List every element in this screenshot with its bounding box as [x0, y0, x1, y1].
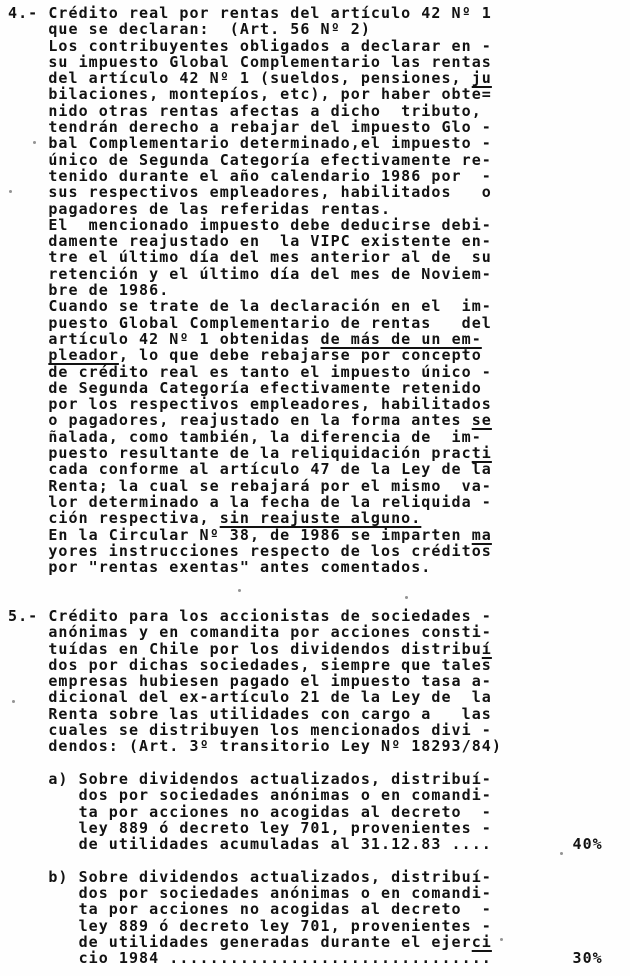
text-line: ley 889 ó decreto ley 701, provenientes … — [8, 918, 603, 934]
text-line: por los respectivos empleadores, habilit… — [8, 396, 603, 412]
text-line: dicional del ex-artículo 21 de la Ley de… — [8, 689, 603, 705]
text-segment: dendos: (Art. 3º transitorio Ley Nº 1829… — [8, 737, 502, 755]
text-line: pagadores de las referidas rentas. — [8, 201, 603, 217]
text-line: ley 889 ó decreto ley 701, provenientes … — [8, 820, 603, 836]
text-line: de utilidades acumuladas al 31.12.83 ...… — [8, 836, 603, 852]
text-segment: retención y el último día del mes de Nov… — [8, 265, 492, 283]
scan-speck — [238, 589, 241, 592]
text-segment: bre de 1986. — [8, 281, 169, 299]
text-segment: dos por dichas sociedades, siempre que t… — [8, 656, 492, 674]
text-line: dos por sociedades anónimas o en comandi… — [8, 885, 603, 901]
scan-speck — [9, 190, 12, 193]
text-line: dos por dichas sociedades, siempre que t… — [8, 657, 603, 673]
text-segment: su impuesto Global Complementario las re… — [8, 53, 492, 71]
text-line: artículo 42 Nº 1 obtenidas de más de un … — [8, 331, 603, 347]
scan-speck — [33, 141, 36, 144]
text-line: tre el último día del mes anterior al de… — [8, 249, 603, 265]
text-segment: yores instrucciones respecto de los créd… — [8, 542, 492, 560]
text-line: 4.- Crédito real por rentas del artículo… — [8, 5, 603, 21]
underlined-text: pleador — [48, 346, 119, 364]
text-segment: Cuando se trate de la declaración en el … — [8, 297, 492, 315]
text-segment: Renta sobre las utilidades con cargo a l… — [8, 705, 492, 723]
text-segment: cio 1984 ...............................… — [8, 949, 603, 967]
text-line: nido otras rentas afectas a dicho tribut… — [8, 103, 603, 119]
text-line: damente reajustado en la VIPC existente … — [8, 233, 603, 249]
text-segment: dos por sociedades anónimas o en comandi… — [8, 786, 492, 804]
text-segment: , lo que debe rebajarse por concepto — [119, 346, 482, 364]
text-line: ñalada, como también, la diferencia de i… — [8, 429, 603, 445]
underlined-text: ju — [472, 69, 492, 87]
text-segment: tenido durante el año calendario 1986 po… — [8, 167, 492, 185]
text-segment: En la Circular Nº 38, de 1986 se imparte… — [8, 526, 472, 544]
text-line: bal Complementario determinado,el impues… — [8, 135, 603, 151]
text-line: tendrán derecho a rebajar del impuesto G… — [8, 119, 603, 135]
text-segment — [8, 346, 48, 364]
text-segment: dicional del ex-artículo 21 de la Ley de… — [8, 688, 492, 706]
text-line: Renta sobre las utilidades con cargo a l… — [8, 706, 603, 722]
text-line: El mencionado impuesto debe deducirse de… — [8, 217, 603, 233]
text-line: lor determinado a la fecha de la reliqui… — [8, 494, 603, 510]
text-segment: cuales se distribuyen los mencionados di… — [8, 721, 492, 739]
text-segment: o pagadores, reajustado en la forma ante… — [8, 411, 472, 429]
text-line: ción respectiva, sin reajuste alguno. — [8, 510, 603, 526]
text-segment: de crédito real es tanto el impuesto úni… — [8, 363, 492, 381]
text-segment: ta por acciones no acogidas al decreto - — [8, 803, 492, 821]
text-line: dendos: (Art. 3º transitorio Ley Nº 1829… — [8, 738, 603, 754]
text-segment: ción respectiva, — [8, 509, 220, 527]
scan-speck — [405, 596, 408, 599]
text-line: por "rentas exentas" antes comentados. — [8, 559, 603, 575]
text-line: Cuando se trate de la declaración en el … — [8, 298, 603, 314]
text-line: 5.- Crédito para los accionistas de soci… — [8, 608, 603, 624]
document-page: 4.- Crédito real por rentas del artículo… — [0, 0, 630, 976]
text-line: retención y el último día del mes de Nov… — [8, 266, 603, 282]
text-line: puesto resultante de la reliquidación pr… — [8, 445, 603, 461]
text-line — [8, 755, 603, 771]
text-line: ta por acciones no acogidas al decreto - — [8, 901, 603, 917]
text-line: pleador, lo que debe rebajarse por conce… — [8, 347, 603, 363]
text-segment: a) Sobre dividendos actualizados, distri… — [8, 770, 492, 788]
text-line: único de Segunda Categoría efectivamente… — [8, 152, 603, 168]
text-line: b) Sobre dividendos actualizados, distri… — [8, 869, 603, 885]
text-segment: sus respectivos empleadores, habilitados… — [8, 183, 492, 201]
text-line: o pagadores, reajustado en la forma ante… — [8, 412, 603, 428]
text-segment: tre el último día del mes anterior al de… — [8, 248, 492, 266]
text-line: Los contribuyentes obligados a declarar … — [8, 38, 603, 54]
text-line: puesto Global Complementario de rentas d… — [8, 315, 603, 331]
text-line: bilaciones, montepíos, etc), por haber o… — [8, 86, 603, 102]
text-line: cio 1984 ...............................… — [8, 950, 603, 966]
text-line: cuales se distribuyen los mencionados di… — [8, 722, 603, 738]
text-line: dos por sociedades anónimas o en comandi… — [8, 787, 603, 803]
text-line: yores instrucciones respecto de los créd… — [8, 543, 603, 559]
text-segment: El mencionado impuesto debe deducirse de… — [8, 216, 492, 234]
underlined-text: se — [472, 411, 492, 429]
text-segment: que se declaran: (Art. 56 Nº 2) — [8, 20, 371, 38]
text-segment: b) Sobre dividendos actualizados, distri… — [8, 868, 492, 886]
text-segment: Los contribuyentes obligados a declarar … — [8, 37, 492, 55]
underlined-text: ci — [472, 933, 492, 951]
text-line: que se declaran: (Art. 56 Nº 2) — [8, 21, 603, 37]
text-segment: de utilidades generadas durante el ejer — [8, 933, 472, 951]
text-line — [8, 852, 603, 868]
text-line: anónimas y en comandita por acciones con… — [8, 624, 603, 640]
text-segment: empresas hubiesen pagado el impuesto tas… — [8, 672, 492, 690]
document-text: 4.- Crédito real por rentas del artículo… — [8, 5, 603, 967]
text-segment: artículo 42 Nº 1 obtenidas — [8, 330, 321, 348]
scan-speck — [12, 700, 15, 703]
text-segment: puesto Global Complementario de rentas d… — [8, 314, 492, 332]
text-segment: Renta; la cual se rebajará por el mismo … — [8, 477, 492, 495]
text-segment: anónimas y en comandita por acciones con… — [8, 623, 492, 641]
text-line: En la Circular Nº 38, de 1986 se imparte… — [8, 527, 603, 543]
text-line: cada conforme al artículo 47 de la Ley d… — [8, 461, 603, 477]
text-line: de utilidades generadas durante el ejerc… — [8, 934, 603, 950]
text-segment: puesto resultante de la reliquidación pr… — [8, 444, 472, 462]
text-segment: de utilidades acumuladas al 31.12.83 ...… — [8, 835, 603, 853]
underlined-text: ma — [472, 526, 492, 544]
text-line: a) Sobre dividendos actualizados, distri… — [8, 771, 603, 787]
text-segment: dos por sociedades anónimas o en comandi… — [8, 884, 492, 902]
text-segment: ñalada, como también, la diferencia de i… — [8, 428, 482, 446]
underlined-text: í — [482, 640, 492, 658]
text-line: ta por acciones no acogidas al decreto - — [8, 804, 603, 820]
text-segment: 5.- Crédito para los accionistas de soci… — [8, 607, 492, 625]
text-line: Renta; la cual se rebajará por el mismo … — [8, 478, 603, 494]
text-segment: bilaciones, montepíos, etc), por haber o… — [8, 85, 492, 103]
text-segment: bal Complementario determinado,el impues… — [8, 134, 492, 152]
text-segment: por los respectivos empleadores, habilit… — [8, 395, 492, 413]
text-segment: lor determinado a la fecha de la reliqui… — [8, 493, 492, 511]
text-segment: ley 889 ó decreto ley 701, provenientes … — [8, 819, 492, 837]
text-segment: tuídas en Chile por los dividendos distr… — [8, 640, 482, 658]
text-segment: tendrán derecho a rebajar del impuesto G… — [8, 118, 492, 136]
text-segment: damente reajustado en la VIPC existente … — [8, 232, 492, 250]
text-line: de Segunda Categoría efectivamente reten… — [8, 380, 603, 396]
text-segment: cada conforme al artículo 47 de la Ley d… — [8, 460, 492, 478]
text-line: sus respectivos empleadores, habilitados… — [8, 184, 603, 200]
text-line — [8, 575, 603, 591]
text-segment: de Segunda Categoría efectivamente reten… — [8, 379, 482, 397]
text-segment: del artículo 42 Nº 1 (sueldos, pensiones… — [8, 69, 472, 87]
text-segment: nido otras rentas afectas a dicho tribut… — [8, 102, 482, 120]
text-line: su impuesto Global Complementario las re… — [8, 54, 603, 70]
text-line: de crédito real es tanto el impuesto úni… — [8, 364, 603, 380]
text-line: tenido durante el año calendario 1986 po… — [8, 168, 603, 184]
text-segment: único de Segunda Categoría efectivamente… — [8, 151, 492, 169]
text-segment: ta por acciones no acogidas al decreto - — [8, 900, 492, 918]
underlined-text: ti — [472, 444, 492, 462]
scan-speck — [500, 938, 503, 941]
text-line: tuídas en Chile por los dividendos distr… — [8, 641, 603, 657]
underlined-text: sin reajuste alguno. — [220, 509, 422, 527]
scan-speck — [560, 852, 563, 855]
text-segment: 4.- Crédito real por rentas del artículo… — [8, 4, 492, 22]
underlined-text: de más de un em- — [321, 330, 482, 348]
text-line — [8, 592, 603, 608]
text-segment: por "rentas exentas" antes comentados. — [8, 558, 431, 576]
text-line: bre de 1986. — [8, 282, 603, 298]
text-segment: pagadores de las referidas rentas. — [8, 200, 391, 218]
text-line: del artículo 42 Nº 1 (sueldos, pensiones… — [8, 70, 603, 86]
text-segment: ley 889 ó decreto ley 701, provenientes … — [8, 917, 492, 935]
text-line: empresas hubiesen pagado el impuesto tas… — [8, 673, 603, 689]
